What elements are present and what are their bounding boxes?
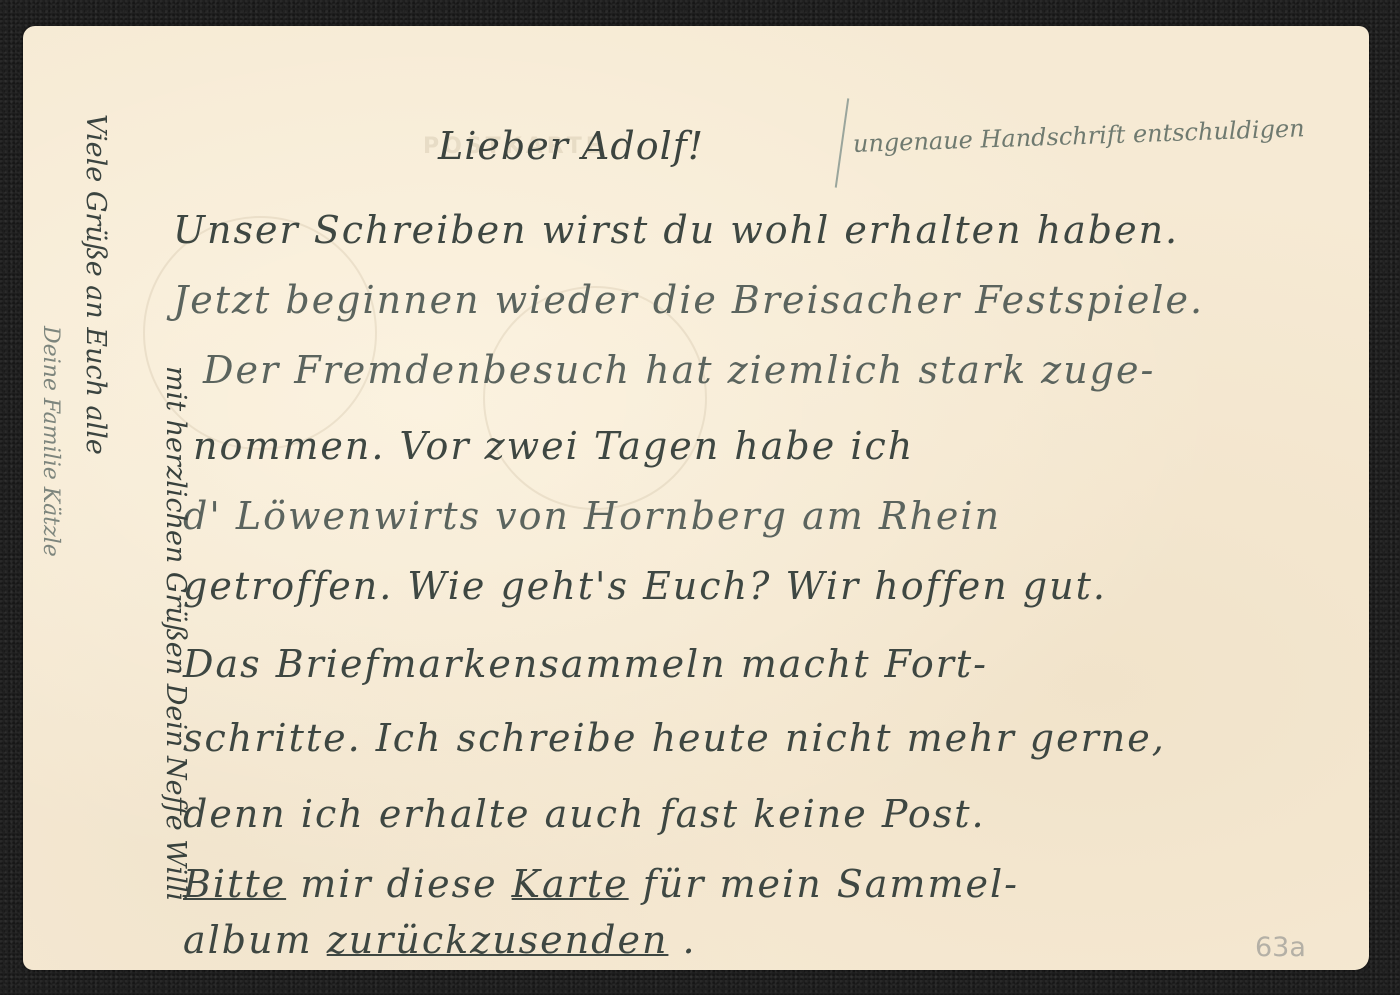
underlined-word: Bitte — [183, 862, 286, 906]
message-line: d' Löwenwirts von Hornberg am Rhein — [183, 494, 1001, 538]
margin-greeting: Viele Grüße an Euch alle — [80, 114, 111, 455]
message-line: denn ich erhalte auch fast keine Post. — [183, 792, 986, 836]
salutation: Lieber Adolf! — [438, 124, 704, 168]
message-line-rest: für mein Sammel- — [643, 862, 1019, 906]
message-line-rest: album — [183, 918, 327, 962]
message-line: Der Fremdenbesuch hat ziemlich stark zug… — [203, 348, 1155, 392]
message-line: nommen. Vor zwei Tagen habe ich — [193, 424, 914, 468]
message-line: getroffen. Wie geht's Euch? Wir hoffen g… — [183, 564, 1107, 608]
message-line: Unser Schreiben wirst du wohl erhalten h… — [173, 208, 1179, 252]
underlined-word: zurückzusenden — [327, 918, 669, 962]
message-line: Jetzt beginnen wieder die Breisacher Fes… — [173, 278, 1204, 322]
underlined-word: Karte — [512, 862, 629, 906]
message-line: Das Briefmarkensammeln macht Fort- — [183, 642, 988, 686]
message-line: album zurückzusenden . — [183, 918, 697, 962]
message-line: Bitte mir diese Karte für mein Sammel- — [183, 862, 1019, 906]
message-line-rest: . — [683, 918, 697, 962]
catalog-number: 63a — [1255, 932, 1306, 963]
margin-note-faint: Deine Familie Kätzle — [38, 326, 63, 557]
margin-signature: mit herzlichen Grüßen Dein Neffe Willi — [160, 366, 191, 901]
message-line: schritte. Ich schreibe heute nicht mehr … — [183, 716, 1166, 760]
divider-stroke — [835, 98, 850, 187]
postcard: POSTKARTE Lieber Adolf! ungenaue Handsch… — [23, 26, 1369, 970]
message-line-rest: mir diese — [300, 862, 511, 906]
top-annotation: ungenaue Handschrift entschuldigen — [853, 114, 1306, 158]
